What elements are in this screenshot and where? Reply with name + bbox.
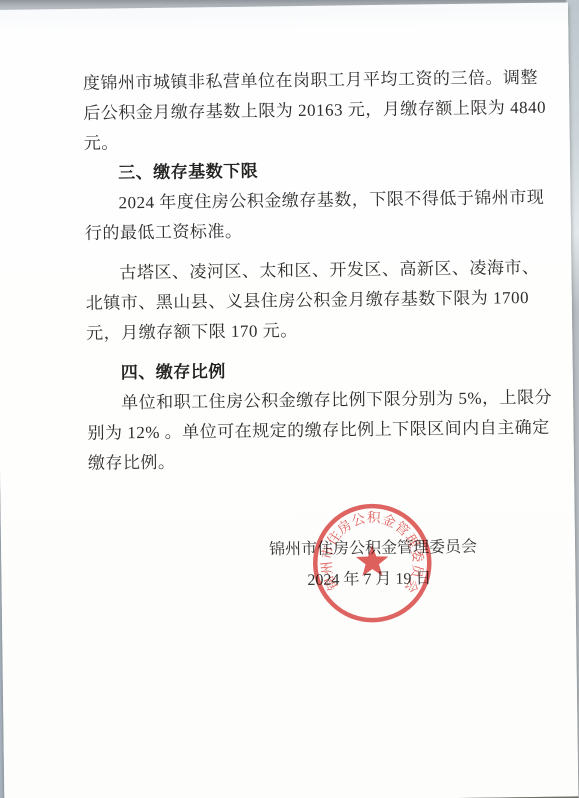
paragraph-continuation: 度锦州市城镇非私营单位在岗职工月平均工资的三倍。调整 后公积金月缴存基数上限为 … (83, 63, 502, 158)
paragraph-districts: 古塔区、凌河区、太和区、开发区、高新区、凌海市、 北镇市、黑山县、义县住房公积金… (85, 253, 504, 348)
seal-star-icon (356, 545, 389, 576)
paragraph-base-lower-limit: 2024 年度住房公积金缴存基数，下限不得低于锦州市现 行的最低工资标准。 (84, 183, 503, 248)
document-body: 度锦州市城镇非私营单位在岗职工月平均工资的三倍。调整 后公积金月缴存基数上限为 … (83, 63, 506, 478)
official-seal: 锦州市住房公积金管理委员会 (308, 499, 436, 627)
text-line: 缴存比例。 (88, 443, 506, 478)
text-line: 行的最低工资标准。 (85, 213, 503, 248)
document-page: 度锦州市城镇非私营单位在岗职工月平均工资的三倍。调整 后公积金月缴存基数上限为 … (0, 2, 578, 798)
text-line: 北镇市、黑山县、义县住房公积金月缴存基数下限为 1700 (86, 283, 504, 318)
text-line: 元，月缴存额下限 170 元。 (86, 313, 504, 348)
text-line: 2024 年度住房公积金缴存基数，下限不得低于锦州市现 (84, 183, 502, 218)
text-line: 后公积金月缴存基数上限为 20163 元，月缴存额上限为 4840 (83, 93, 501, 128)
text-line: 别为 12% 。单位可在规定的缴存比例上下限区间内自主确定 (87, 413, 505, 448)
paragraph-contribution-ratio: 单位和职工住房公积金缴存比例下限分别为 5%，上限分 别为 12% 。单位可在规… (87, 383, 506, 478)
